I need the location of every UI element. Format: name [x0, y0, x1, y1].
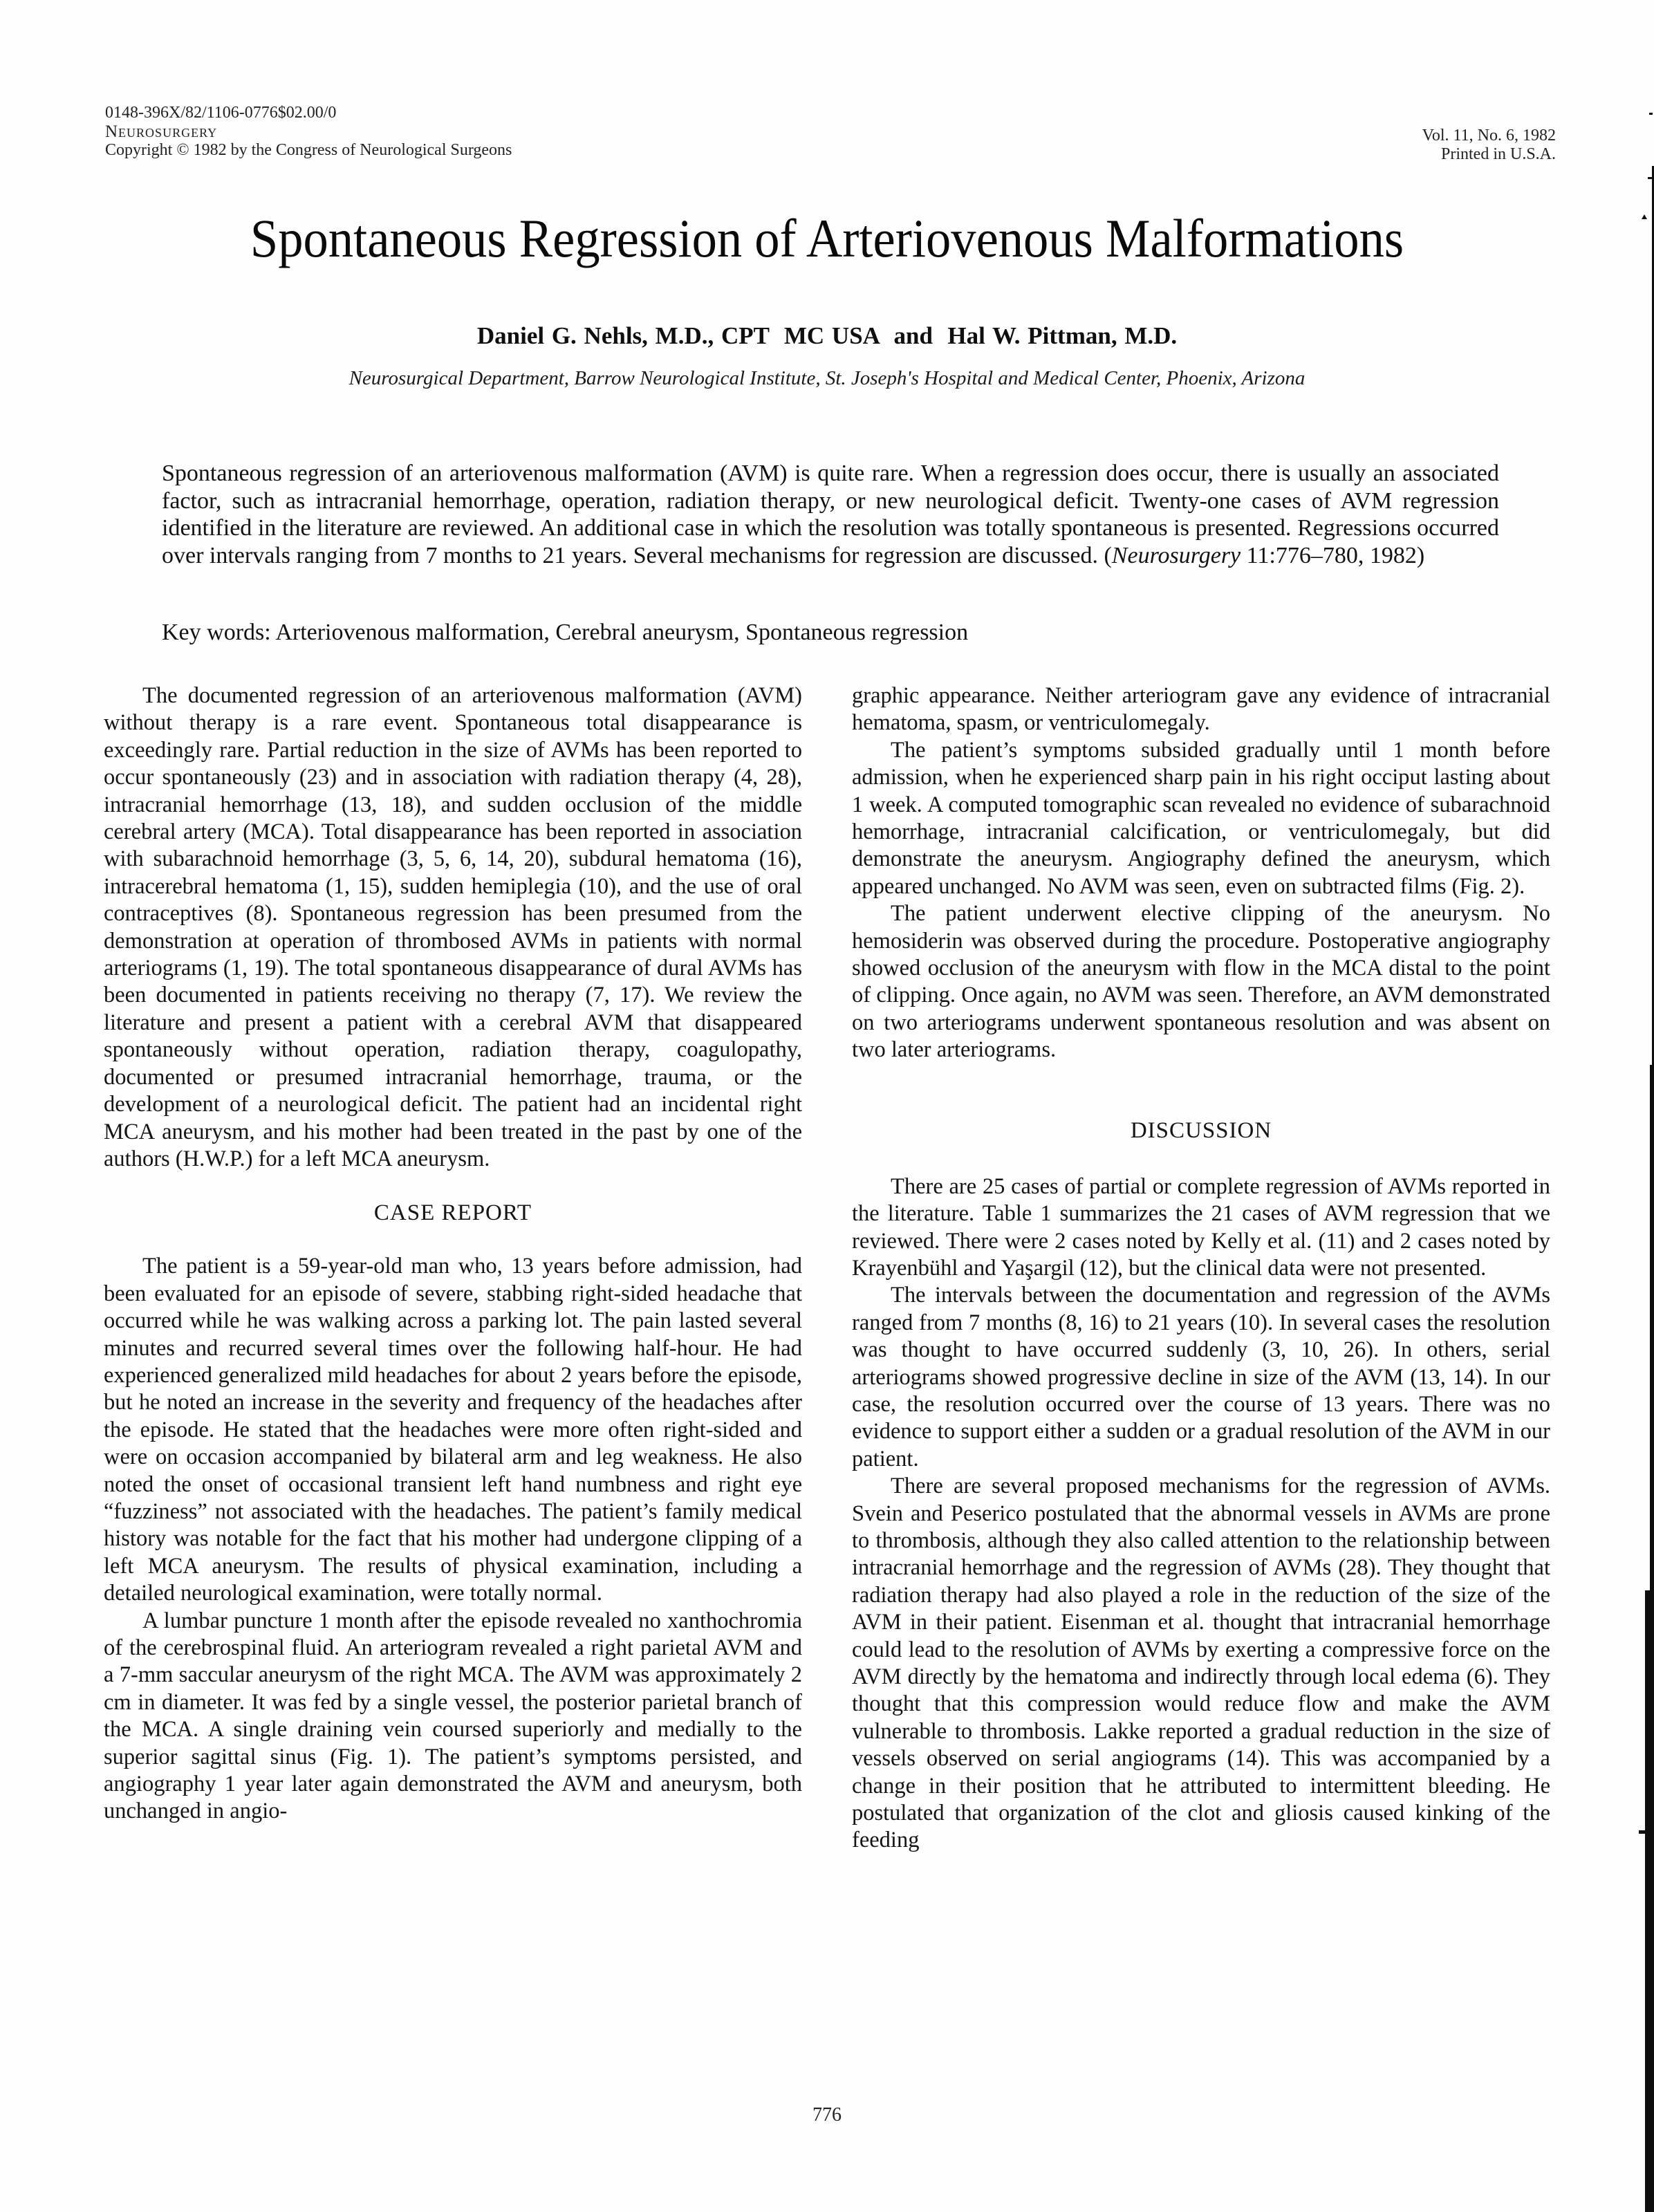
volume-issue: Vol. 11, No. 6, 1982: [1422, 127, 1556, 145]
case-paragraph: The patient is a 59-year-old man who, 13…: [104, 1253, 802, 1607]
journal-name: Neurosurgery: [105, 122, 512, 141]
discussion-paragraph: There are 25 cases of partial or complet…: [852, 1173, 1550, 1283]
case-paragraph: A lumbar puncture 1 month after the epis…: [104, 1608, 802, 1825]
article-title: Spontaneous Regression of Arteriovenous …: [58, 207, 1597, 270]
scan-edge-mark: [1649, 113, 1653, 115]
page-number: 776: [0, 2104, 1654, 2126]
scan-triangle-mark: [1642, 214, 1647, 219]
intro-paragraph: The documented regression of an arteriov…: [104, 682, 802, 1173]
scan-edge-border: [1650, 1065, 1654, 1590]
case-paragraph: The patient underwent elective clipping …: [852, 900, 1550, 1063]
copyright-line: Copyright © 1982 by the Congress of Neur…: [105, 141, 512, 160]
abstract: Spontaneous regression of an arterioveno…: [162, 460, 1499, 569]
discussion-paragraph: The intervals between the documentation …: [852, 1282, 1550, 1473]
left-column: The documented regression of an arteriov…: [104, 682, 802, 1825]
article-authors: Daniel G. Nehls, M.D., CPT MC USA and Ha…: [0, 322, 1654, 350]
case-paragraph-continued: graphic appearance. Neither arteriogram …: [852, 682, 1550, 737]
discussion-paragraph: There are several proposed mechanisms fo…: [852, 1473, 1550, 1855]
abstract-citation-journal: Neurosurgery: [1112, 543, 1240, 568]
section-heading-case-report: CASE REPORT: [104, 1199, 802, 1227]
scan-edge-mark: [1648, 177, 1653, 179]
journal-page: 0148-396X/82/1106-0776$02.00/0 Neurosurg…: [0, 0, 1654, 2212]
section-heading-discussion: DISCUSSION: [852, 1117, 1550, 1144]
case-paragraph: The patient’s symptoms subsided graduall…: [852, 737, 1550, 900]
printed-in: Printed in U.S.A.: [1422, 145, 1556, 164]
journal-header-left: 0148-396X/82/1106-0776$02.00/0 Neurosurg…: [105, 104, 512, 160]
keywords: Key words: Arteriovenous malformation, C…: [162, 619, 1499, 647]
journal-code: 0148-396X/82/1106-0776$02.00/0: [105, 104, 512, 122]
author-affiliation: Neurosurgical Department, Barrow Neurolo…: [0, 366, 1654, 390]
scan-edge-mark: [1639, 1830, 1646, 1834]
abstract-citation-details: 11:776–780, 1982): [1240, 543, 1424, 568]
journal-header-right: Vol. 11, No. 6, 1982 Printed in U.S.A.: [1422, 127, 1556, 164]
right-column: graphic appearance. Neither arteriogram …: [852, 682, 1550, 1855]
